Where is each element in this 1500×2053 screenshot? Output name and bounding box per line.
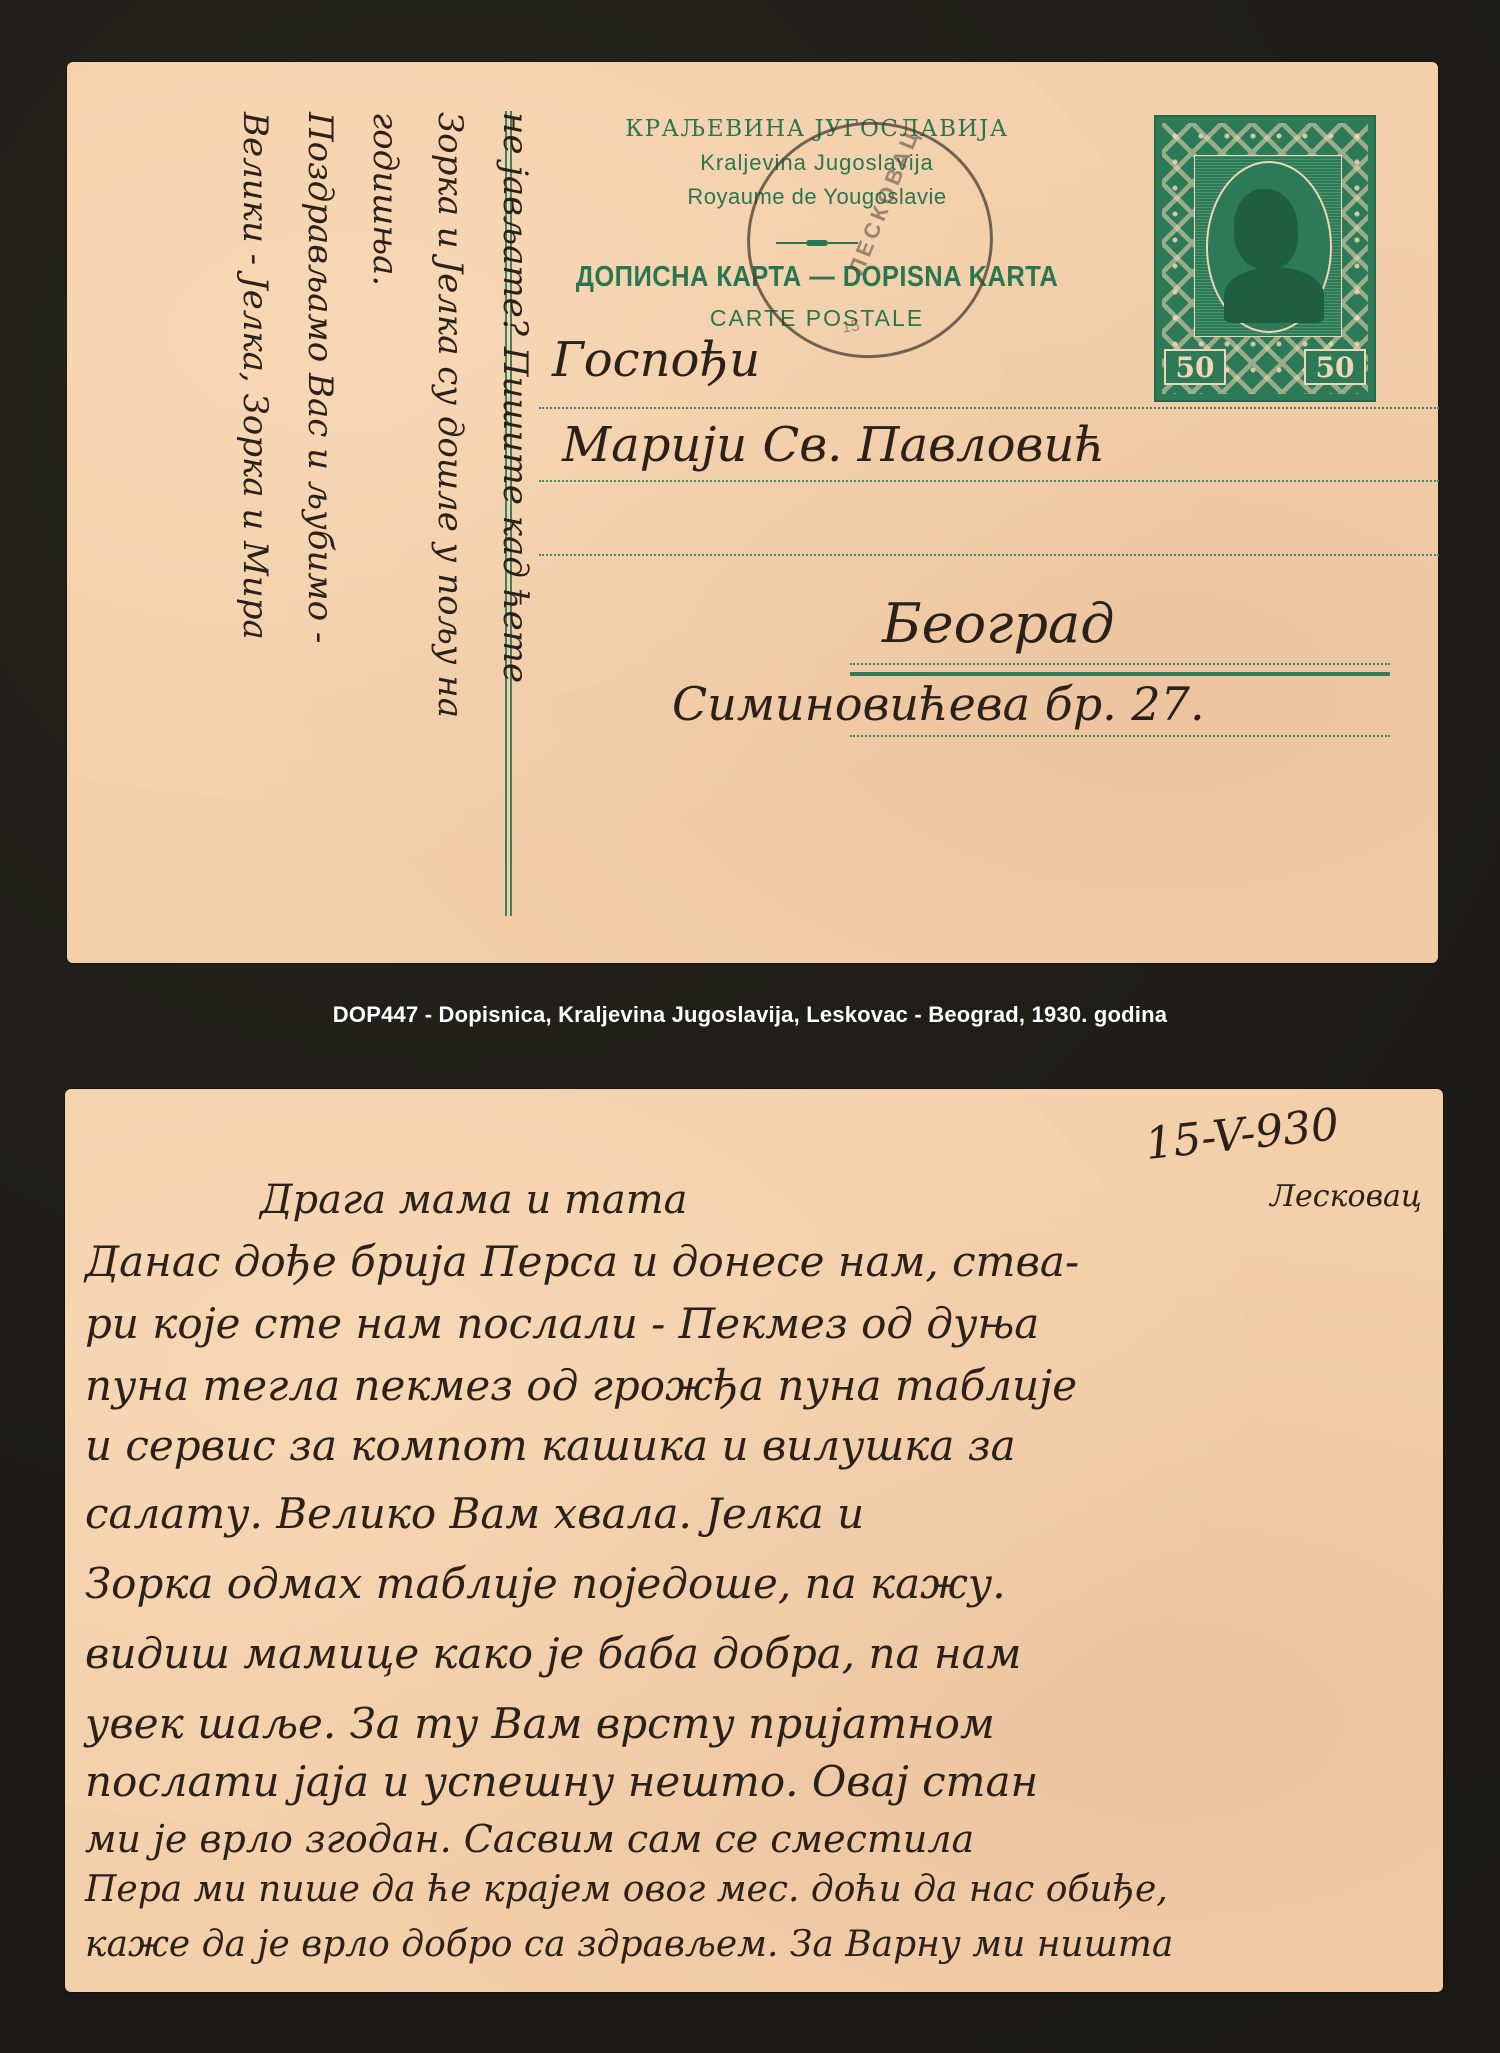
side-line: Зорка и Јелка су дошле у пољу на xyxy=(430,112,470,718)
postmark-date: 15 xyxy=(841,317,861,337)
side-line: Поздрављамо Вас и љубимо - xyxy=(300,112,340,643)
postcard-back: 15-V-930 Лесковац Драга мама и тата Дана… xyxy=(65,1089,1443,1992)
letter-line: и сервис за компот кашика и вилушка за xyxy=(85,1421,1016,1470)
letter-line: ри које сте нам послали - Пекмез од дуња xyxy=(85,1299,1039,1348)
side-line: годишња. xyxy=(365,112,405,286)
stamp-value-right: 50 xyxy=(1304,349,1366,385)
address-name: Марији Св. Павловић xyxy=(562,417,1105,473)
postage-stamp: 50 50 xyxy=(1154,115,1376,402)
address-line-5 xyxy=(850,735,1390,737)
king-portrait-icon xyxy=(1234,189,1298,269)
address-salutation: Госпођи xyxy=(552,332,760,388)
letter-line: Пера ми пише да ће крајем овог мес. доћи… xyxy=(85,1869,1168,1910)
side-message: не јављате? Пишите кад ћете Зорка и Јелк… xyxy=(125,102,545,922)
letter-line: послати јаја и успешну нешто. Овај стан xyxy=(85,1757,1038,1806)
stamp-value-left: 50 xyxy=(1164,349,1226,385)
letter-line: пуна тегла пекмез од грожђа пуна таблије xyxy=(85,1361,1077,1410)
king-shoulders-icon xyxy=(1224,267,1324,323)
letter-line: Данас дође брија Перса и донесе нам, ств… xyxy=(85,1237,1079,1286)
letter-date: 15-V-930 xyxy=(1143,1099,1342,1170)
caption: DOP447 - Dopisnica, Kraljevina Jugoslavi… xyxy=(0,1002,1500,1028)
letter-greeting: Драга мама и тата xyxy=(260,1177,688,1223)
postcard-front: КРАЉЕВИНА ЈУГОСЛАВИЈА Kraljevina Jugosla… xyxy=(67,62,1438,963)
side-line: Велики - Јелка, Зорка и Мира xyxy=(235,112,275,640)
address-underline xyxy=(850,672,1390,676)
letter-line: ми је врло згодан. Сасвим сам се сместил… xyxy=(85,1817,974,1861)
letter-line: салату. Велико Вам хвала. Јелка и xyxy=(85,1489,864,1538)
letter-place: Лесковац xyxy=(1270,1179,1422,1214)
letter-line: увек шаље. За ту Вам врсту пријатном xyxy=(85,1699,995,1748)
address-line-2 xyxy=(539,480,1439,482)
letter-line: Зорка одмах таблије поједоше, па кажу. xyxy=(85,1559,1006,1608)
postmark: ЛЕСКОВАЦ 15 xyxy=(732,106,1008,374)
postmark-text: ЛЕСКОВАЦ xyxy=(835,104,934,299)
address-city: Београд xyxy=(882,592,1114,655)
letter-line: каже да је врло добро са здрављем. За Ва… xyxy=(85,1924,1173,1965)
address-line-4 xyxy=(850,663,1390,665)
address-street: Симиновићева бр. 27. xyxy=(672,677,1205,731)
letter-line: видиш мамице како је баба добра, па нам xyxy=(85,1629,1021,1678)
side-line: не јављате? Пишите кад ћете xyxy=(495,112,535,683)
address-line-3 xyxy=(539,554,1439,556)
address-line-1 xyxy=(539,407,1439,409)
